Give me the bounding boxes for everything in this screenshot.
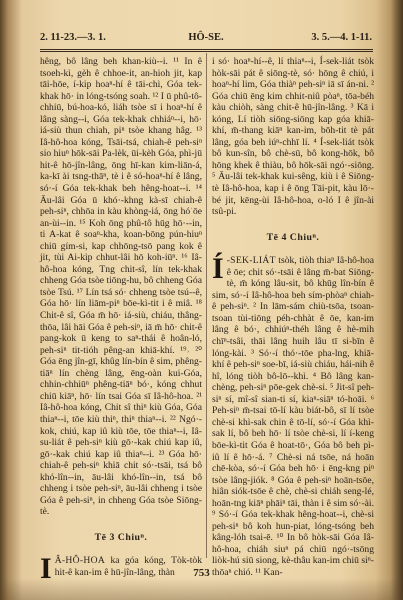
right-column: i só· hoaⁿ-hí--ê, lí thiaⁿ--i, Í-sek-liá… xyxy=(212,56,374,579)
opening-caps: -SEK-LIÁT xyxy=(227,255,276,266)
right-column-verses: i só· hoaⁿ-hí--ê, lí thiaⁿ--i, Í-sek-liá… xyxy=(212,56,374,218)
drop-cap: Í xyxy=(212,257,224,281)
page-number: 753 xyxy=(0,567,403,579)
opening-text: tsòk, tiòh thiaⁿ Iâ-hô-hoa ê ōe; chit só… xyxy=(212,255,374,578)
header-right-reference: 3. 5.—4. 1-11. xyxy=(311,32,372,43)
column-divider xyxy=(206,53,207,558)
running-header: 2. 11-23.—3. 1. HÔ-SE. 3. 5.—4. 1-11. xyxy=(40,32,372,46)
chapter-4-opening: Í-SEK-LIÁT tsòk, tiòh thiaⁿ Iâ-hô-hoa ê … xyxy=(212,255,374,578)
chapter-4-heading: Tē 4 Chiuⁿ. xyxy=(212,232,374,244)
opening-caps: Â-HÔ-HOA xyxy=(55,555,105,566)
header-rule-top xyxy=(40,49,373,50)
chapter-3-heading: Tē 3 Chiuⁿ. xyxy=(40,532,202,544)
left-column-verses: hêng, bô lâng beh khan-kiù--i. ¹¹ In ê t… xyxy=(40,56,202,518)
page-edge-shadow xyxy=(391,0,403,600)
book-page: 2. 11-23.—3. 1. HÔ-SE. 3. 5.—4. 1-11. hê… xyxy=(0,0,403,600)
header-rule-bottom xyxy=(40,51,373,52)
left-column: hêng, bô lâng beh khan-kiù--i. ¹¹ In ê t… xyxy=(40,56,202,581)
